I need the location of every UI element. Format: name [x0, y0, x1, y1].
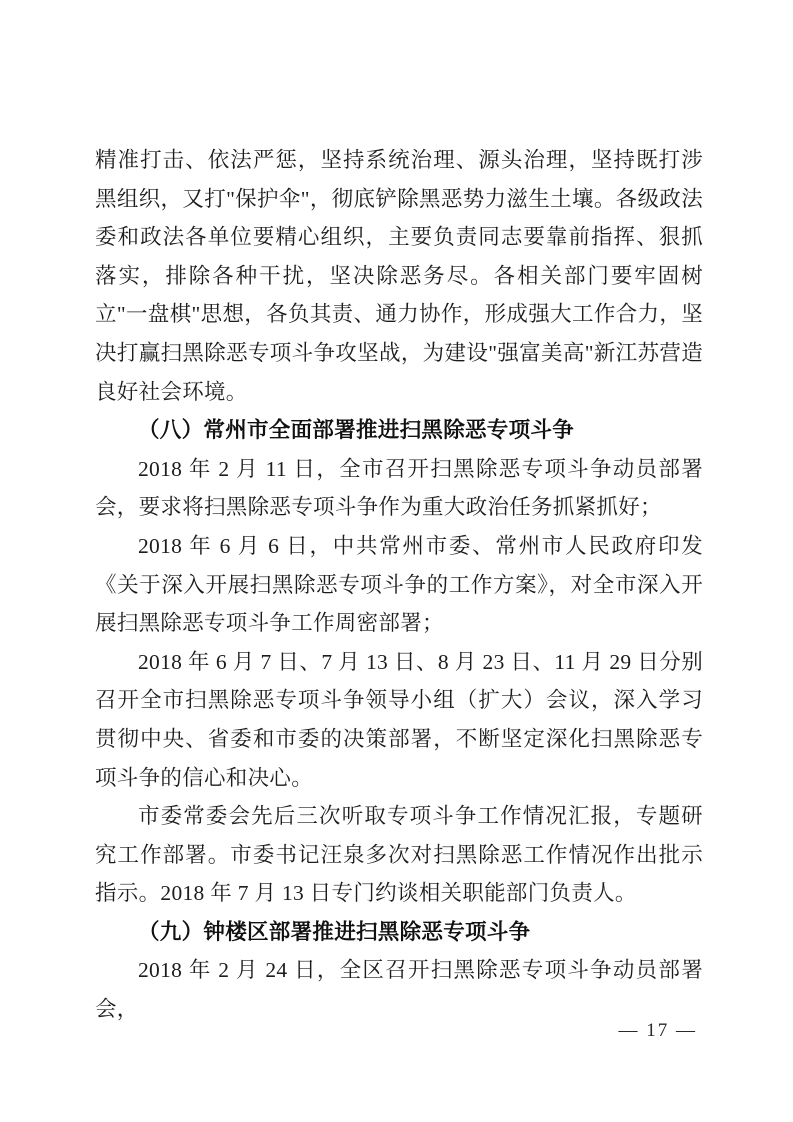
body-paragraph: 2018 年 2 月 11 日，全市召开扫黑除恶专项斗争动员部署会，要求将扫黑除…	[95, 450, 703, 527]
body-paragraph: 市委常委会先后三次听取专项斗争工作情况汇报，专题研究工作部署。市委书记汪泉多次对…	[95, 797, 703, 913]
body-paragraph: 2018 年 6 月 6 日，中共常州市委、常州市人民政府印发《关于深入开展扫黑…	[95, 527, 703, 643]
section-heading-8: （八）常州市全面部署推进扫黑除恶专项斗争	[95, 411, 703, 450]
page-number: — 17 —	[619, 1020, 698, 1042]
body-paragraph: 2018 年 2 月 24 日，全区召开扫黑除恶专项斗争动员部署会，	[95, 951, 703, 1028]
section-heading-9: （九）钟楼区部署推进扫黑除恶专项斗争	[95, 913, 703, 952]
document-body: 精准打击、依法严惩，坚持系统治理、源头治理，坚持既打涉黑组织，又打"保护伞"，彻…	[95, 141, 703, 1029]
document-page: 精准打击、依法严惩，坚持系统治理、源头治理，坚持既打涉黑组织，又打"保护伞"，彻…	[0, 0, 793, 1122]
body-paragraph: 2018 年 6 月 7 日、7 月 13 日、8 月 23 日、11 月 29…	[95, 643, 703, 797]
body-paragraph-continued: 精准打击、依法严惩，坚持系统治理、源头治理，坚持既打涉黑组织，又打"保护伞"，彻…	[95, 141, 703, 411]
